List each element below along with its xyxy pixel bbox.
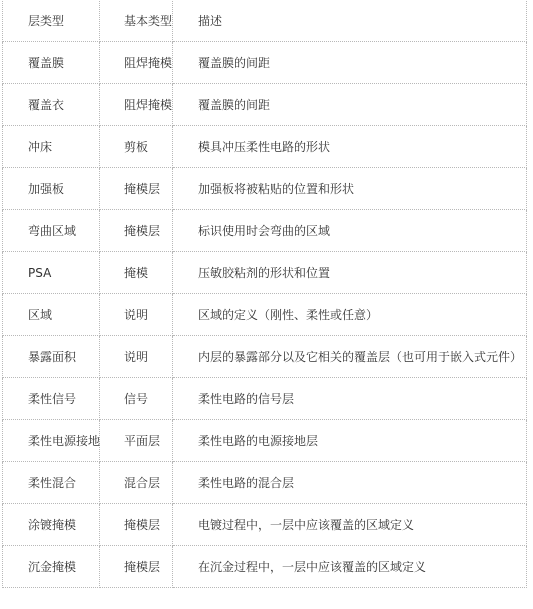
cell-base-type: 剪板 [100, 126, 173, 168]
table-row: 覆盖膜 阻焊掩模 覆盖膜的间距 [3, 42, 527, 84]
cell-description: 区域的定义（刚性、柔性或任意） [173, 294, 527, 336]
table-row: 柔性混合 混合层 柔性电路的混合层 [3, 462, 527, 504]
table-row: 弯曲区域 掩模层 标识使用时会弯曲的区域 [3, 210, 527, 252]
cell-base-type: 混合层 [100, 462, 173, 504]
cell-description: 覆盖膜的间距 [173, 42, 527, 84]
table-row: 覆盖衣 阻焊掩模 覆盖膜的间距 [3, 84, 527, 126]
cell-base-type: 信号 [100, 378, 173, 420]
cell-description: 压敏胶粘剂的形状和位置 [173, 252, 527, 294]
cell-base-type: 说明 [100, 336, 173, 378]
table-row: 沉金掩模 掩模层 在沉金过程中，一层中应该覆盖的区域定义 [3, 546, 527, 588]
table-header-row: 层类型 基本类型 描述 [3, 0, 527, 42]
table-row: 柔性电源接地 平面层 柔性电路的电源接地层 [3, 420, 527, 462]
cell-base-type: 阻焊掩模 [100, 42, 173, 84]
cell-base-type: 掩模层 [100, 210, 173, 252]
cell-base-type: 掩模 [100, 252, 173, 294]
header-base-type: 基本类型 [100, 0, 173, 42]
cell-base-type: 掩模层 [100, 546, 173, 588]
cell-layer-type: PSA [3, 252, 100, 294]
cell-layer-type: 冲床 [3, 126, 100, 168]
cell-layer-type: 柔性信号 [3, 378, 100, 420]
table-row: PSA 掩模 压敏胶粘剂的形状和位置 [3, 252, 527, 294]
cell-description: 柔性电路的混合层 [173, 462, 527, 504]
header-layer-type: 层类型 [3, 0, 100, 42]
cell-base-type: 说明 [100, 294, 173, 336]
cell-layer-type: 区域 [3, 294, 100, 336]
cell-description: 模具冲压柔性电路的形状 [173, 126, 527, 168]
table-row: 柔性信号 信号 柔性电路的信号层 [3, 378, 527, 420]
cell-description: 加强板将被粘贴的位置和形状 [173, 168, 527, 210]
cell-layer-type: 弯曲区域 [3, 210, 100, 252]
cell-base-type: 掩模层 [100, 168, 173, 210]
table-row: 暴露面积 说明 内层的暴露部分以及它相关的覆盖层（也可用于嵌入式元件） [3, 336, 527, 378]
table-row: 加强板 掩模层 加强板将被粘贴的位置和形状 [3, 168, 527, 210]
layer-type-table: 层类型 基本类型 描述 覆盖膜 阻焊掩模 覆盖膜的间距 覆盖衣 阻焊掩模 覆盖膜… [2, 0, 527, 588]
cell-layer-type: 涂镀掩模 [3, 504, 100, 546]
cell-description: 标识使用时会弯曲的区域 [173, 210, 527, 252]
cell-layer-type: 沉金掩模 [3, 546, 100, 588]
table-row: 冲床 剪板 模具冲压柔性电路的形状 [3, 126, 527, 168]
table-row: 区域 说明 区域的定义（刚性、柔性或任意） [3, 294, 527, 336]
cell-layer-type: 暴露面积 [3, 336, 100, 378]
cell-description: 在沉金过程中，一层中应该覆盖的区域定义 [173, 546, 527, 588]
cell-base-type: 平面层 [100, 420, 173, 462]
cell-base-type: 掩模层 [100, 504, 173, 546]
cell-layer-type: 覆盖膜 [3, 42, 100, 84]
cell-description: 柔性电路的电源接地层 [173, 420, 527, 462]
cell-description: 柔性电路的信号层 [173, 378, 527, 420]
cell-description: 电镀过程中，一层中应该覆盖的区域定义 [173, 504, 527, 546]
cell-layer-type: 柔性混合 [3, 462, 100, 504]
cell-description: 内层的暴露部分以及它相关的覆盖层（也可用于嵌入式元件） [173, 336, 527, 378]
cell-layer-type: 覆盖衣 [3, 84, 100, 126]
cell-base-type: 阻焊掩模 [100, 84, 173, 126]
cell-description: 覆盖膜的间距 [173, 84, 527, 126]
cell-layer-type: 加强板 [3, 168, 100, 210]
cell-layer-type: 柔性电源接地 [3, 420, 100, 462]
table-row: 涂镀掩模 掩模层 电镀过程中，一层中应该覆盖的区域定义 [3, 504, 527, 546]
header-description: 描述 [173, 0, 527, 42]
